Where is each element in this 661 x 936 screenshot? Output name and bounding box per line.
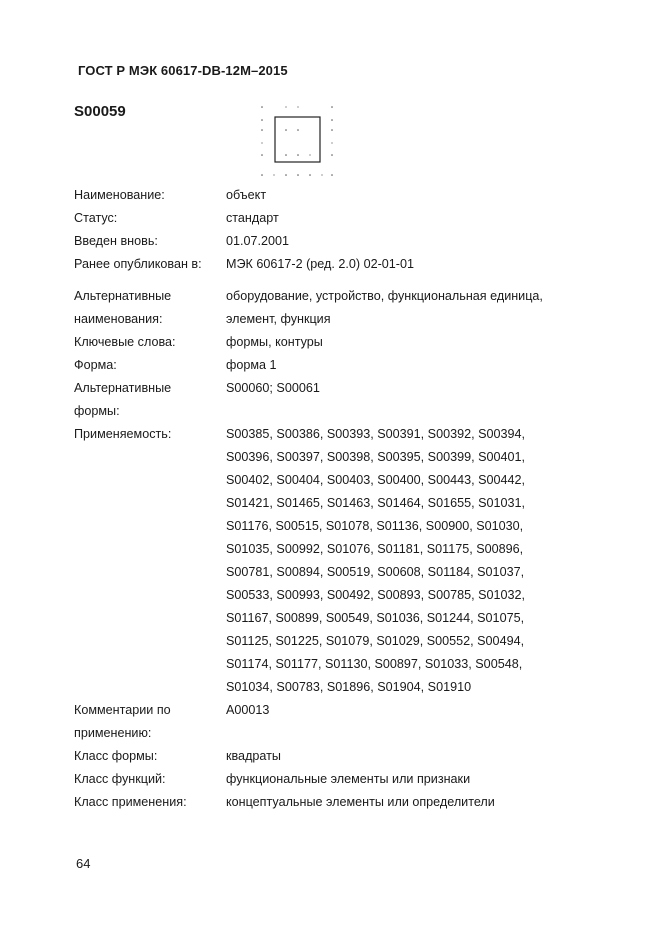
- field-line: Альтернативныеоборудование, устройство, …: [74, 285, 594, 308]
- field-value: форма 1: [226, 354, 594, 377]
- field-label: [74, 446, 226, 469]
- field-line: Комментарии поA00013: [74, 699, 594, 722]
- field-line: S00533, S00993, S00492, S00893, S00785, …: [74, 584, 594, 607]
- field-alt-names: Альтернативныеоборудование, устройство, …: [74, 285, 594, 331]
- field-value: [226, 722, 594, 745]
- field-label: Класс формы:: [74, 745, 226, 768]
- field-value: S01176, S00515, S01078, S01136, S00900, …: [226, 515, 594, 538]
- field-application-notes: Комментарии поA00013применению:: [74, 699, 594, 745]
- field-applicability: Применяемость:S00385, S00386, S00393, S0…: [74, 423, 594, 699]
- field-label: Наименование:: [74, 184, 226, 207]
- field-value: S01035, S00992, S01076, S01181, S01175, …: [226, 538, 594, 561]
- field-value: [226, 400, 594, 423]
- field-value: стандарт: [226, 207, 594, 230]
- field-label: [74, 515, 226, 538]
- field-label: Класс функций:: [74, 768, 226, 791]
- field-label: Альтернативные: [74, 285, 226, 308]
- field-value: S01421, S01465, S01463, S01464, S01655, …: [226, 492, 594, 515]
- field-application-class: Класс применения:концептуальные элементы…: [74, 791, 594, 814]
- field-keywords: Ключевые слова:формы, контуры: [74, 331, 594, 354]
- field-line: Ключевые слова:формы, контуры: [74, 331, 594, 354]
- square-symbol-icon: [258, 103, 338, 179]
- field-line: Класс функций:функциональные элементы ил…: [74, 768, 594, 791]
- field-previously-published: Ранее опубликован в: МЭК 60617-2 (ред. 2…: [74, 253, 594, 276]
- field-label: применению:: [74, 722, 226, 745]
- group-basic: Наименование: объект Статус: стандарт Вв…: [74, 184, 594, 276]
- field-value: объект: [226, 184, 594, 207]
- field-label: Применяемость:: [74, 423, 226, 446]
- field-value: МЭК 60617-2 (ред. 2.0) 02-01-01: [226, 253, 594, 276]
- field-label: [74, 584, 226, 607]
- field-label: Класс применения:: [74, 791, 226, 814]
- field-alt-forms: АльтернативныеS00060; S00061формы:: [74, 377, 594, 423]
- field-label: [74, 676, 226, 699]
- document-header: ГОСТ Р МЭК 60617-DB-12M–2015: [78, 63, 288, 78]
- field-function-class: Класс функций:функциональные элементы ил…: [74, 768, 594, 791]
- field-label: Ранее опубликован в:: [74, 253, 226, 276]
- field-line: применению:: [74, 722, 594, 745]
- field-value: S00396, S00397, S00398, S00395, S00399, …: [226, 446, 594, 469]
- field-label: Комментарии по: [74, 699, 226, 722]
- field-line: S01125, S01225, S01079, S01029, S00552, …: [74, 630, 594, 653]
- field-line: Класс применения:концептуальные элементы…: [74, 791, 594, 814]
- field-value: S00533, S00993, S00492, S00893, S00785, …: [226, 584, 594, 607]
- field-value: S01034, S00783, S01896, S01904, S01910: [226, 676, 594, 699]
- field-line: S01174, S01177, S01130, S00897, S01033, …: [74, 653, 594, 676]
- field-line: АльтернативныеS00060; S00061: [74, 377, 594, 400]
- page-number: 64: [76, 856, 90, 871]
- field-label: [74, 469, 226, 492]
- field-label: наименования:: [74, 308, 226, 331]
- field-label: [74, 653, 226, 676]
- field-line: S01167, S00899, S00549, S01036, S01244, …: [74, 607, 594, 630]
- field-line: Форма:форма 1: [74, 354, 594, 377]
- field-label: Статус:: [74, 207, 226, 230]
- field-label: [74, 492, 226, 515]
- group-details: Альтернативныеоборудование, устройство, …: [74, 285, 594, 814]
- field-value: S00385, S00386, S00393, S00391, S00392, …: [226, 423, 594, 446]
- field-label: [74, 561, 226, 584]
- field-line: наименования:элемент, функция: [74, 308, 594, 331]
- field-introduced: Введен вновь: 01.07.2001: [74, 230, 594, 253]
- field-label: [74, 630, 226, 653]
- field-value: S01174, S01177, S01130, S00897, S01033, …: [226, 653, 594, 676]
- field-status: Статус: стандарт: [74, 207, 594, 230]
- field-value: 01.07.2001: [226, 230, 594, 253]
- field-line: S01176, S00515, S01078, S01136, S00900, …: [74, 515, 594, 538]
- field-line: S01035, S00992, S01076, S01181, S01175, …: [74, 538, 594, 561]
- field-value: S01167, S00899, S00549, S01036, S01244, …: [226, 607, 594, 630]
- field-line: S01421, S01465, S01463, S01464, S01655, …: [74, 492, 594, 515]
- field-value: S00781, S00894, S00519, S00608, S01184, …: [226, 561, 594, 584]
- field-line: S00402, S00404, S00403, S00400, S00443, …: [74, 469, 594, 492]
- field-value: оборудование, устройство, функциональная…: [226, 285, 594, 308]
- field-line: Применяемость:S00385, S00386, S00393, S0…: [74, 423, 594, 446]
- field-label: [74, 607, 226, 630]
- field-label: Введен вновь:: [74, 230, 226, 253]
- field-line: S01034, S00783, S01896, S01904, S01910: [74, 676, 594, 699]
- field-form-class: Класс формы:квадраты: [74, 745, 594, 768]
- field-value: элемент, функция: [226, 308, 594, 331]
- field-form: Форма:форма 1: [74, 354, 594, 377]
- field-label: Форма:: [74, 354, 226, 377]
- field-value: функциональные элементы или признаки: [226, 768, 594, 791]
- field-label: [74, 538, 226, 561]
- field-value: S00402, S00404, S00403, S00400, S00443, …: [226, 469, 594, 492]
- field-line: формы:: [74, 400, 594, 423]
- field-value: A00013: [226, 699, 594, 722]
- field-value: S00060; S00061: [226, 377, 594, 400]
- field-name: Наименование: объект: [74, 184, 594, 207]
- attributes-table: Наименование: объект Статус: стандарт Вв…: [74, 184, 594, 814]
- field-label: формы:: [74, 400, 226, 423]
- symbol-code: S00059: [74, 103, 126, 120]
- field-value: S01125, S01225, S01079, S01029, S00552, …: [226, 630, 594, 653]
- field-label: Альтернативные: [74, 377, 226, 400]
- field-value: концептуальные элементы или определители: [226, 791, 594, 814]
- field-line: S00781, S00894, S00519, S00608, S01184, …: [74, 561, 594, 584]
- field-line: Класс формы:квадраты: [74, 745, 594, 768]
- field-label: Ключевые слова:: [74, 331, 226, 354]
- field-value: квадраты: [226, 745, 594, 768]
- field-value: формы, контуры: [226, 331, 594, 354]
- field-line: S00396, S00397, S00398, S00395, S00399, …: [74, 446, 594, 469]
